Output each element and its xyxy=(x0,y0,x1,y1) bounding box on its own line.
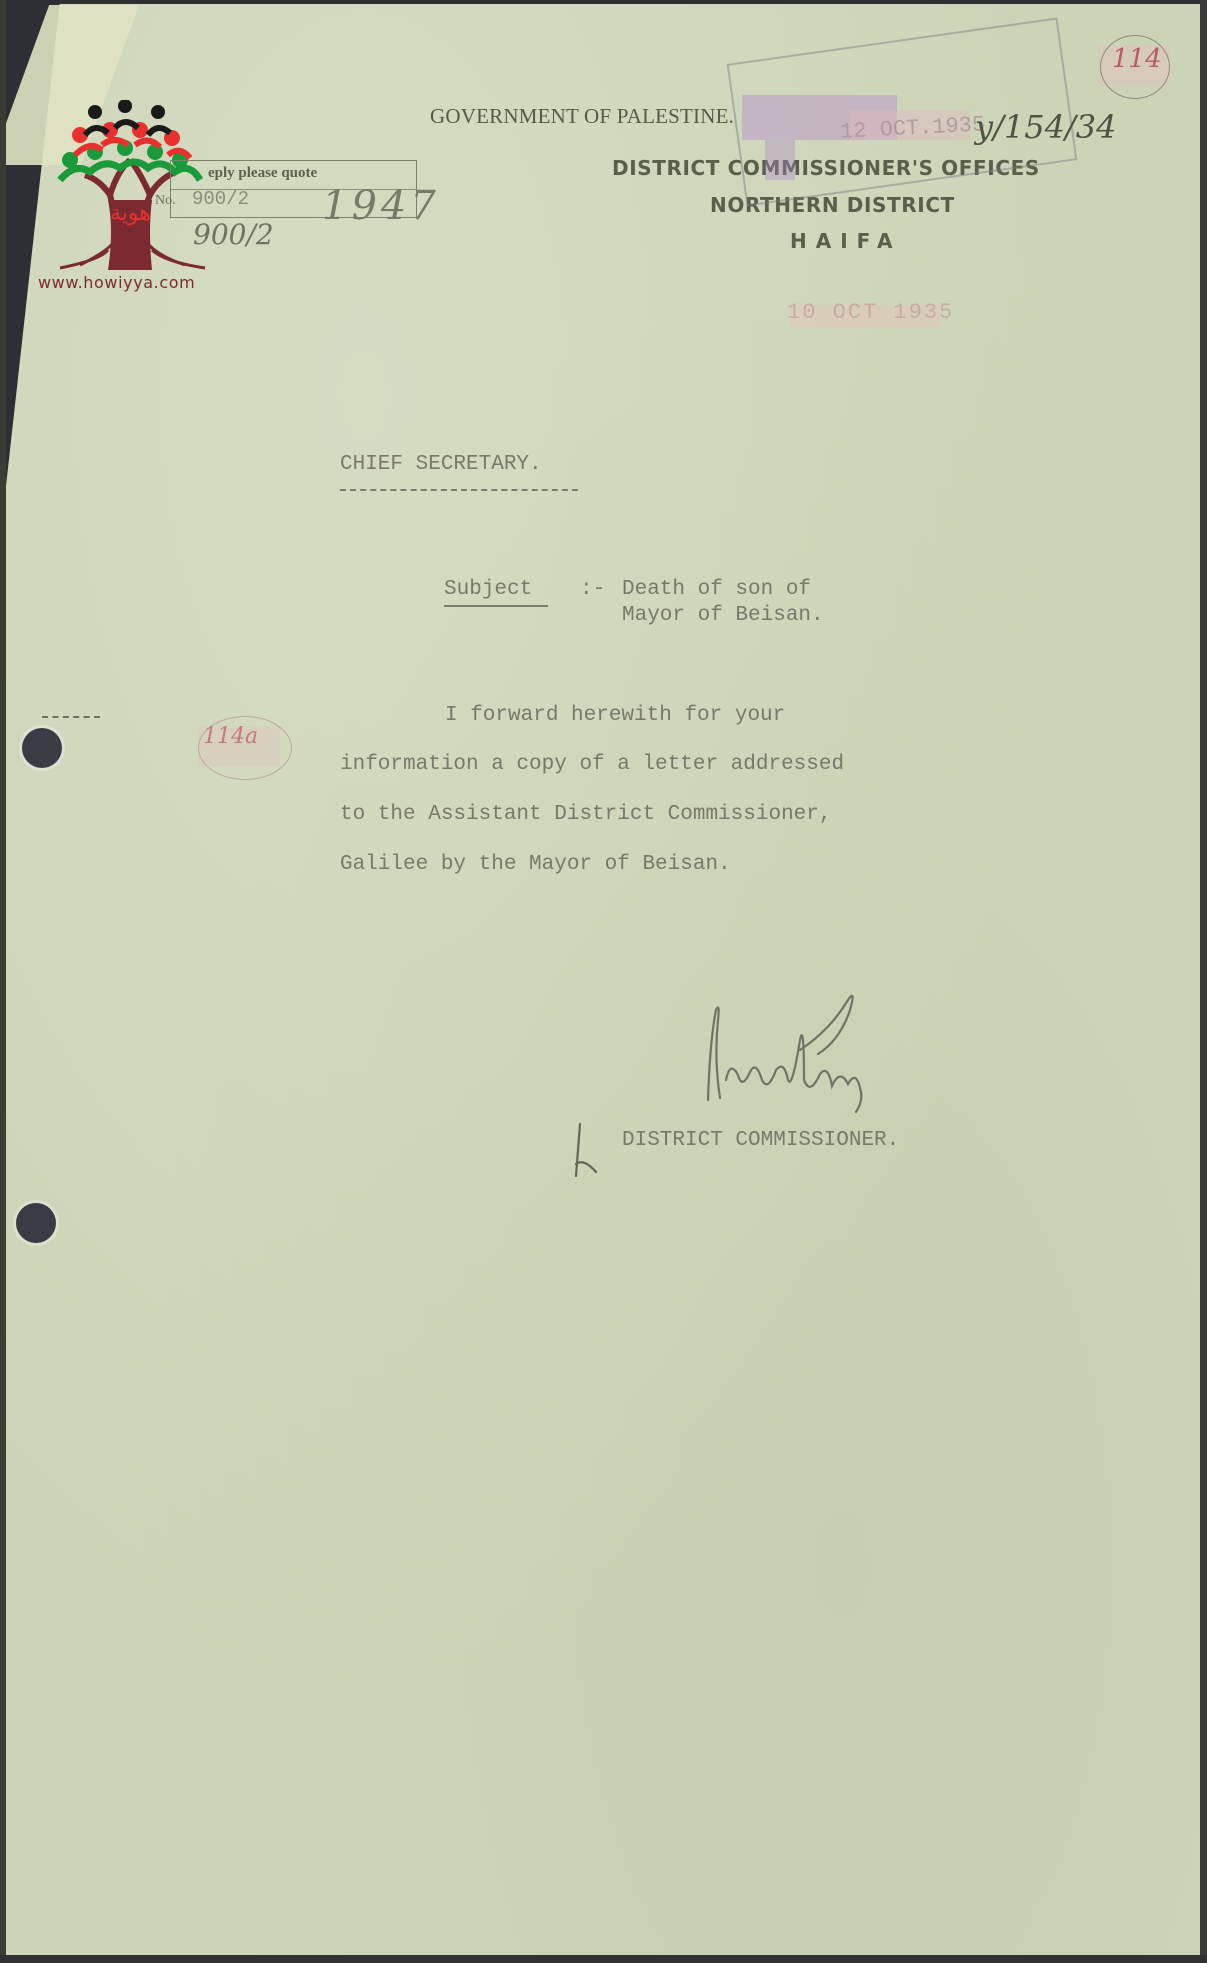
svg-text:هوية: هوية xyxy=(110,201,151,226)
reply-box-label: eply please quote xyxy=(208,165,317,182)
handwritten-annotation: 1947 xyxy=(322,183,440,229)
letterhead-city: HAIFA xyxy=(790,229,902,253)
second-date-stamp: 10 OCT 1935 xyxy=(787,300,954,325)
body-line-3: to the Assistant District Commissioner, xyxy=(340,803,831,826)
folio-number: 114 xyxy=(1112,44,1162,74)
subject-label: Subject xyxy=(444,578,532,601)
initial-mark-icon xyxy=(572,1120,602,1180)
document-page xyxy=(6,4,1200,1955)
punch-hole-icon xyxy=(16,1203,56,1243)
body-line-1: I forward herewith for your xyxy=(445,704,785,727)
body-line-2: information a copy of a letter addressed xyxy=(340,753,844,776)
scan-edge-right xyxy=(1200,0,1207,1963)
body-line-4: Galilee by the Mayor of Beisan. xyxy=(340,853,731,876)
scan-edge-left xyxy=(0,0,6,1963)
reply-box-typed-number: 900/2 xyxy=(192,188,249,210)
addressee: CHIEF SECRETARY. xyxy=(340,453,542,476)
subject-line-2: Mayor of Beisan. xyxy=(622,604,824,627)
handwritten-reference: y/154/34 xyxy=(975,108,1116,146)
reply-box-no-label: No. xyxy=(155,193,176,209)
handwritten-signature-icon xyxy=(680,980,920,1120)
watermark-url[interactable]: www.howiyya.com xyxy=(38,273,195,292)
margin-folio-number: 114a xyxy=(203,724,258,749)
margin-dash-mark xyxy=(42,716,100,718)
punch-hole-icon xyxy=(22,728,62,768)
scan-edge-bottom xyxy=(0,1955,1207,1963)
subject-line-1: Death of son of xyxy=(622,578,811,601)
subject-underline xyxy=(444,605,548,607)
handwritten-file-number: 900/2 xyxy=(193,218,274,251)
addressee-underline xyxy=(340,489,578,491)
letterhead-government: GOVERNMENT OF PALESTINE. xyxy=(430,104,734,129)
subject-separator: :- xyxy=(580,578,605,601)
closing-title: DISTRICT COMMISSIONER. xyxy=(622,1129,899,1152)
